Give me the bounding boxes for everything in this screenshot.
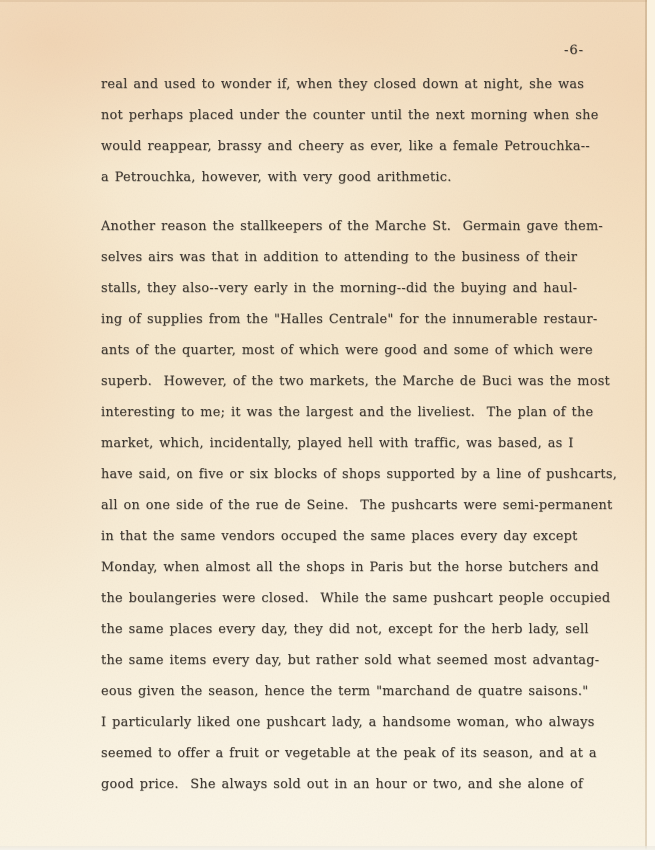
paragraph-marche-buci: Another reason the stallkeepers of the M… (101, 211, 621, 800)
page-top-edge-shadow (0, 0, 655, 2)
page-number: -6- (564, 43, 584, 59)
paragraph-petrouchka: real and used to wonder if, when they cl… (101, 69, 621, 193)
scanned-manuscript-page: -6- real and used to wonder if, when the… (0, 0, 655, 850)
page-bottom-edge (0, 846, 655, 850)
page-right-edge-margin (647, 0, 655, 850)
typewritten-text-block: real and used to wonder if, when they cl… (101, 69, 621, 800)
page-right-edge-crease (645, 0, 647, 850)
